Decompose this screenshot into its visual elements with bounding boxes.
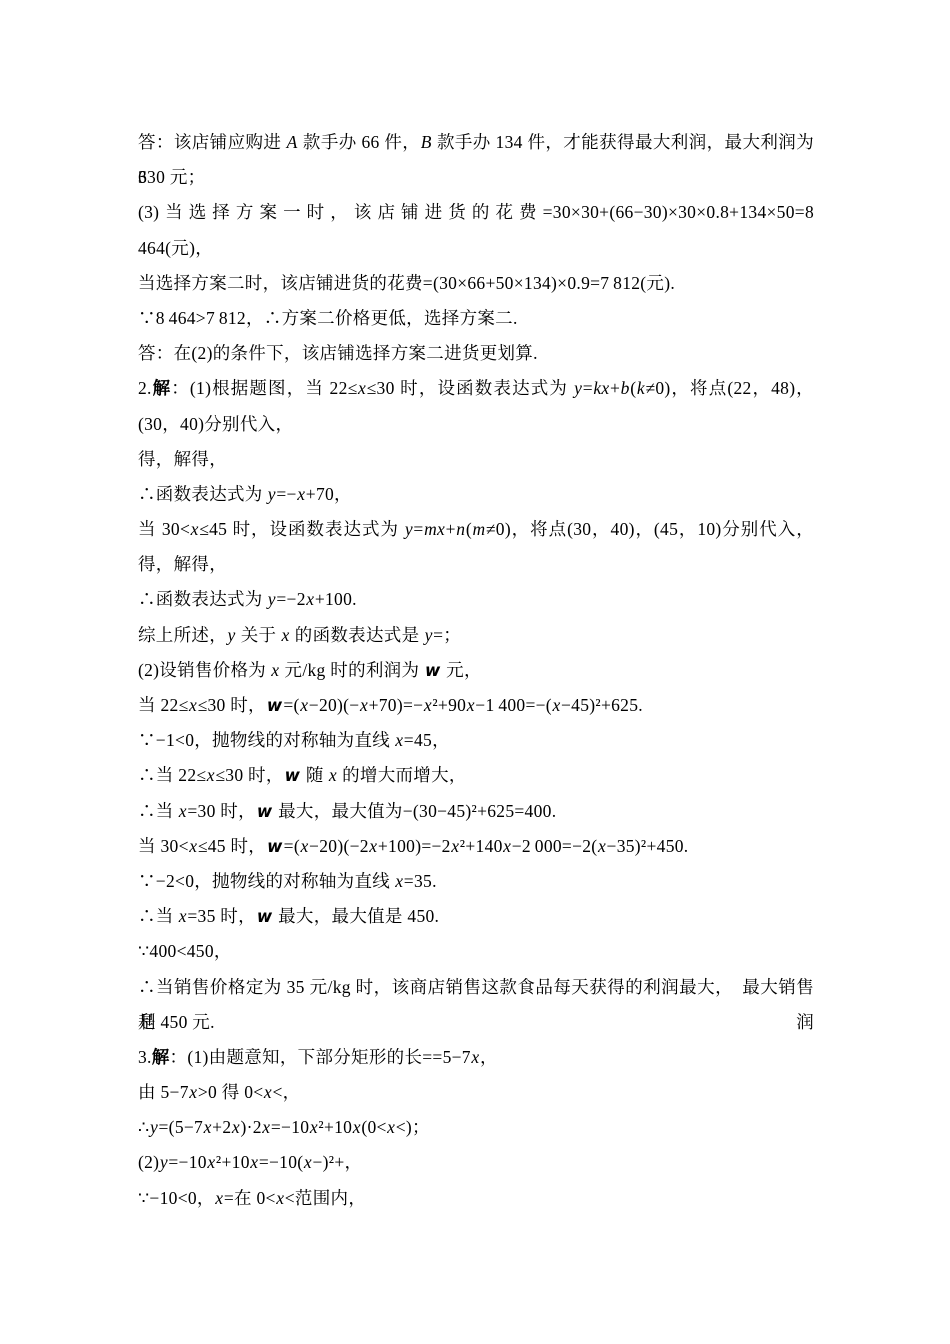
text-run: 答：该店铺应购进 [138,132,286,152]
text-run: 元/kg 时的利润为 [280,660,424,680]
text-line: ∵−10<0，x=在 0<x<范围内， [138,1181,814,1216]
math-variable-w: w [256,802,274,821]
text-run: 元， [442,660,482,680]
math-variable: y [227,625,236,645]
text-run: +100. [315,589,357,609]
text-line: (30，40)分别代入， [138,407,814,442]
math-variable: x [387,1117,396,1137]
math-variable-w: w [266,696,284,715]
math-variable: x [503,836,512,856]
text-run: ²+10 [318,1117,352,1137]
math-variable: x [206,765,215,785]
text-run: ≤30 时， [215,765,283,785]
math-variable: x [358,378,367,398]
math-variable: B [420,132,432,152]
math-variable: x [262,1117,271,1137]
text-run: 答：在(2)的条件下，该店铺选择方案二进货更划算. [138,343,538,363]
math-variable: x [271,660,280,680]
text-run: ∵400<450， [138,941,232,961]
text-run: 330 元； [138,167,205,187]
text-run: (2)设销售价格为 [138,660,271,680]
text-run: + [610,378,620,398]
text-line: (2)设销售价格为 x 元/kg 时的利润为 w 元， [138,653,814,688]
text-line: 答：在(2)的条件下，该店铺选择方案二进货更划算. [138,336,814,371]
text-run: )·2 [240,1117,261,1137]
text-run: (2) [138,1152,159,1172]
text-line: 330 元； [138,160,814,195]
text-run: ∴当 22≤ [138,765,206,785]
text-run: 由 5−7 [138,1082,189,1102]
text-run: 得，解得， [138,554,227,574]
math-variable: y [574,378,583,398]
math-variable: x [352,1117,361,1137]
math-variable: x [466,695,475,715]
math-variable: x [359,695,368,715]
math-variable: x [189,836,198,856]
text-line: 3.解：(1)由题意知，下部分矩形的长==5−7x， [138,1040,814,1075]
math-variable: x [188,695,197,715]
math-variable: x [250,1152,259,1172]
text-run: ≤30 时， [198,695,266,715]
text-run: ∵8 464>7 812，∴方案二价格更低，选择方案二. [138,308,518,328]
math-variable: x [281,625,290,645]
text-run: 关于 [236,625,281,645]
text-run: = [583,378,593,398]
text-run: >0 得 0< [198,1082,264,1102]
text-line: 2.解：(1)根据题图，当 22≤x≤30 时，设函数表达式为 y=kx+b(k… [138,371,814,406]
text-run: +2 [212,1117,231,1137]
text-run: ∵−10<0， [138,1188,215,1208]
text-run: ∴函数表达式为 [138,589,267,609]
math-variable: x [395,730,404,750]
text-run: (30，40)分别代入， [138,414,293,434]
text-run: ∴当 [138,906,178,926]
text-run: 最大，最大值为−(30−45)²+625=400. [273,801,556,821]
math-variable: x [215,1188,224,1208]
text-run: <， [273,1082,301,1102]
text-run: =−10 [168,1152,206,1172]
text-line: ∴当 x=35 时，w 最大，最大值是 450. [138,899,814,934]
text-run: 464(元)， [138,238,213,258]
text-run: =(5−7 [159,1117,204,1137]
text-line: ∵−1<0，抛物线的对称轴为直线 x=45， [138,723,814,758]
text-run: +100)=−2 [378,836,451,856]
text-run: =−10( [259,1152,304,1172]
text-run: ：(1)由题意知，下部分矩形的长==5−7 [170,1047,471,1067]
text-run: =− [276,484,296,504]
text-run: =( [284,836,300,856]
text-run: ²+90 [432,695,466,715]
math-variable: y [267,484,276,504]
text-line: 464(元)， [138,231,814,266]
text-run: 得，解得， [138,449,227,469]
text-line: 答：该店铺应购进 A 款手办 66 件，B 款手办 134 件，才能获得最大利润… [138,125,814,160]
math-variable: x [203,1117,212,1137]
text-run: 是 450 元. [138,1012,215,1032]
text-line: ∴当 x=30 时，w 最大，最大值为−(30−45)²+625=400. [138,794,814,829]
text-run: 3. [138,1047,152,1067]
math-variable: x [178,801,187,821]
text-run: −1 400=−( [475,695,552,715]
math-variable: kx [593,378,610,398]
text-run: 随 [301,765,328,785]
text-run: ∴当 [138,801,178,821]
text-run: 的增大而增大， [337,765,466,785]
text-run: −20)(− [309,695,360,715]
math-variable: x [263,1082,272,1102]
text-run: =35. [404,871,437,891]
text-run: ， [480,1047,498,1067]
text-run: −2 000=−2( [512,836,598,856]
text-line: (2)y=−10x²+10x=−10(x−)²+， [138,1145,814,1180]
text-run: =−2 [276,589,305,609]
text-run: =35 时， [187,906,256,926]
math-variable: x [190,519,199,539]
text-run: ≠0)，将点(22，48)， [645,378,814,398]
text-run: −20)(−2 [309,836,369,856]
text-run: 最大，最大值是 450. [273,906,439,926]
text-line: (3)当选择方案一时，该店铺进货的花费=30×30+(66−30)×30×0.8… [138,195,814,230]
math-variable: n [456,519,466,539]
text-run: ≠0)，将点(30，40)，(45，10)分别代入， [486,519,814,539]
math-variable: x [189,1082,198,1102]
math-variable: y [267,589,276,609]
math-variable: mx [424,519,446,539]
text-run: ∴当销售价格定为 35 元/kg 时，该商店销售这款食品每天获得的利润最大， 最… [138,977,814,1032]
document-body: 答：该店铺应购进 A 款手办 66 件，B 款手办 134 件，才能获得最大利润… [138,125,814,1216]
text-run: −)²+， [312,1152,362,1172]
text-line: 得，解得， [138,547,814,582]
text-run: = [413,519,423,539]
math-variable: x [300,836,309,856]
text-line: 当 30<x≤45 时，设函数表达式为 y=mx+n(m≠0)，将点(30，40… [138,512,814,547]
text-line: ∵−2<0，抛物线的对称轴为直线 x=35. [138,864,814,899]
text-run: 2. [138,378,152,398]
emphasis-text: 解 [152,1047,170,1067]
math-variable: x [471,1047,480,1067]
text-run: + [446,519,456,539]
text-line: 综上所述，y 关于 x 的函数表达式是 y=； [138,618,814,653]
text-run: +70)=− [369,695,424,715]
text-run: 当 30< [138,519,190,539]
document-page: 答：该店铺应购进 A 款手办 66 件，B 款手办 134 件，才能获得最大利润… [0,0,950,1344]
math-variable-w: w [424,661,442,680]
math-variable: x [306,589,315,609]
math-variable: x [395,871,404,891]
math-variable: y [149,1117,158,1137]
text-line: ∵8 464>7 812，∴方案二价格更低，选择方案二. [138,301,814,336]
math-variable-w: w [256,907,274,926]
text-line: 当 22≤x≤30 时，w=(x−20)(−x+70)=−x²+90x−1 40… [138,688,814,723]
text-line: 得，解得， [138,442,814,477]
math-variable-w: w [284,766,302,785]
text-run: =( [283,695,299,715]
text-run: ∴函数表达式为 [138,484,267,504]
math-variable: x [451,836,460,856]
text-line: ∴y=(5−7x+2x)·2x=−10x²+10x(0<x<)； [138,1110,814,1145]
text-run: ∵−1<0，抛物线的对称轴为直线 [138,730,395,750]
text-run: 的函数表达式是 [290,625,424,645]
text-run: +70， [306,484,352,504]
text-line: 由 5−7x>0 得 0<x<， [138,1075,814,1110]
text-run: (0< [361,1117,386,1137]
text-run: 款手办 66 件， [298,132,420,152]
text-line: ∴当销售价格定为 35 元/kg 时，该商店销售这款食品每天获得的利润最大， 最… [138,970,814,1005]
text-run: ≤30 时，设函数表达式为 [367,378,574,398]
text-run: −45)²+625. [561,695,643,715]
math-variable: x [207,1152,216,1172]
text-run: ：(1)根据题图，当 22≤ [171,378,357,398]
math-variable: x [597,836,606,856]
text-run: 当 22≤ [138,695,188,715]
text-run: <范围内， [285,1188,366,1208]
text-run: ∴ [138,1117,149,1137]
text-line: ∴函数表达式为 y=−2x+100. [138,582,814,617]
text-run: 综上所述， [138,625,227,645]
text-run: ²+10 [216,1152,250,1172]
text-run: ≤45 时，设函数表达式为 [199,519,404,539]
text-run: (3)当选择方案一时，该店铺进货的花费=30×30+(66−30)×30×0.8… [138,202,814,222]
math-variable: x [300,695,309,715]
math-variable: x [276,1188,285,1208]
math-variable: x [552,695,561,715]
math-variable: y [424,625,433,645]
text-line: ∴函数表达式为 y=−x+70， [138,477,814,512]
text-run: =30 时， [187,801,256,821]
math-variable: x [297,484,306,504]
math-variable: b [620,378,630,398]
math-variable: A [286,132,298,152]
math-variable: m [472,519,486,539]
text-line: ∵400<450， [138,934,814,969]
text-run: ≤45 时， [198,836,266,856]
text-run: =； [433,625,461,645]
text-run: =45， [404,730,450,750]
text-run: <)； [396,1117,430,1137]
text-line: 当 30<x≤45 时，w=(x−20)(−2x+100)=−2x²+140x−… [138,829,814,864]
text-run: −35)²+450. [607,836,689,856]
text-line: ∴当 22≤x≤30 时，w 随 x 的增大而增大， [138,758,814,793]
text-run: ∵−2<0，抛物线的对称轴为直线 [138,871,395,891]
emphasis-text: 解 [152,378,172,398]
text-run: =在 0< [224,1188,276,1208]
text-run: ²+140 [460,836,503,856]
math-variable-w: w [266,837,284,856]
text-run: 当选择方案二时，该店铺进货的花费=(30×66+50×134)×0.9=7 81… [138,273,675,293]
text-run: =−10 [271,1117,309,1137]
math-variable: x [178,906,187,926]
text-run: 当 30< [138,836,189,856]
text-line: 当选择方案二时，该店铺进货的花费=(30×66+50×134)×0.9=7 81… [138,266,814,301]
math-variable: x [369,836,378,856]
